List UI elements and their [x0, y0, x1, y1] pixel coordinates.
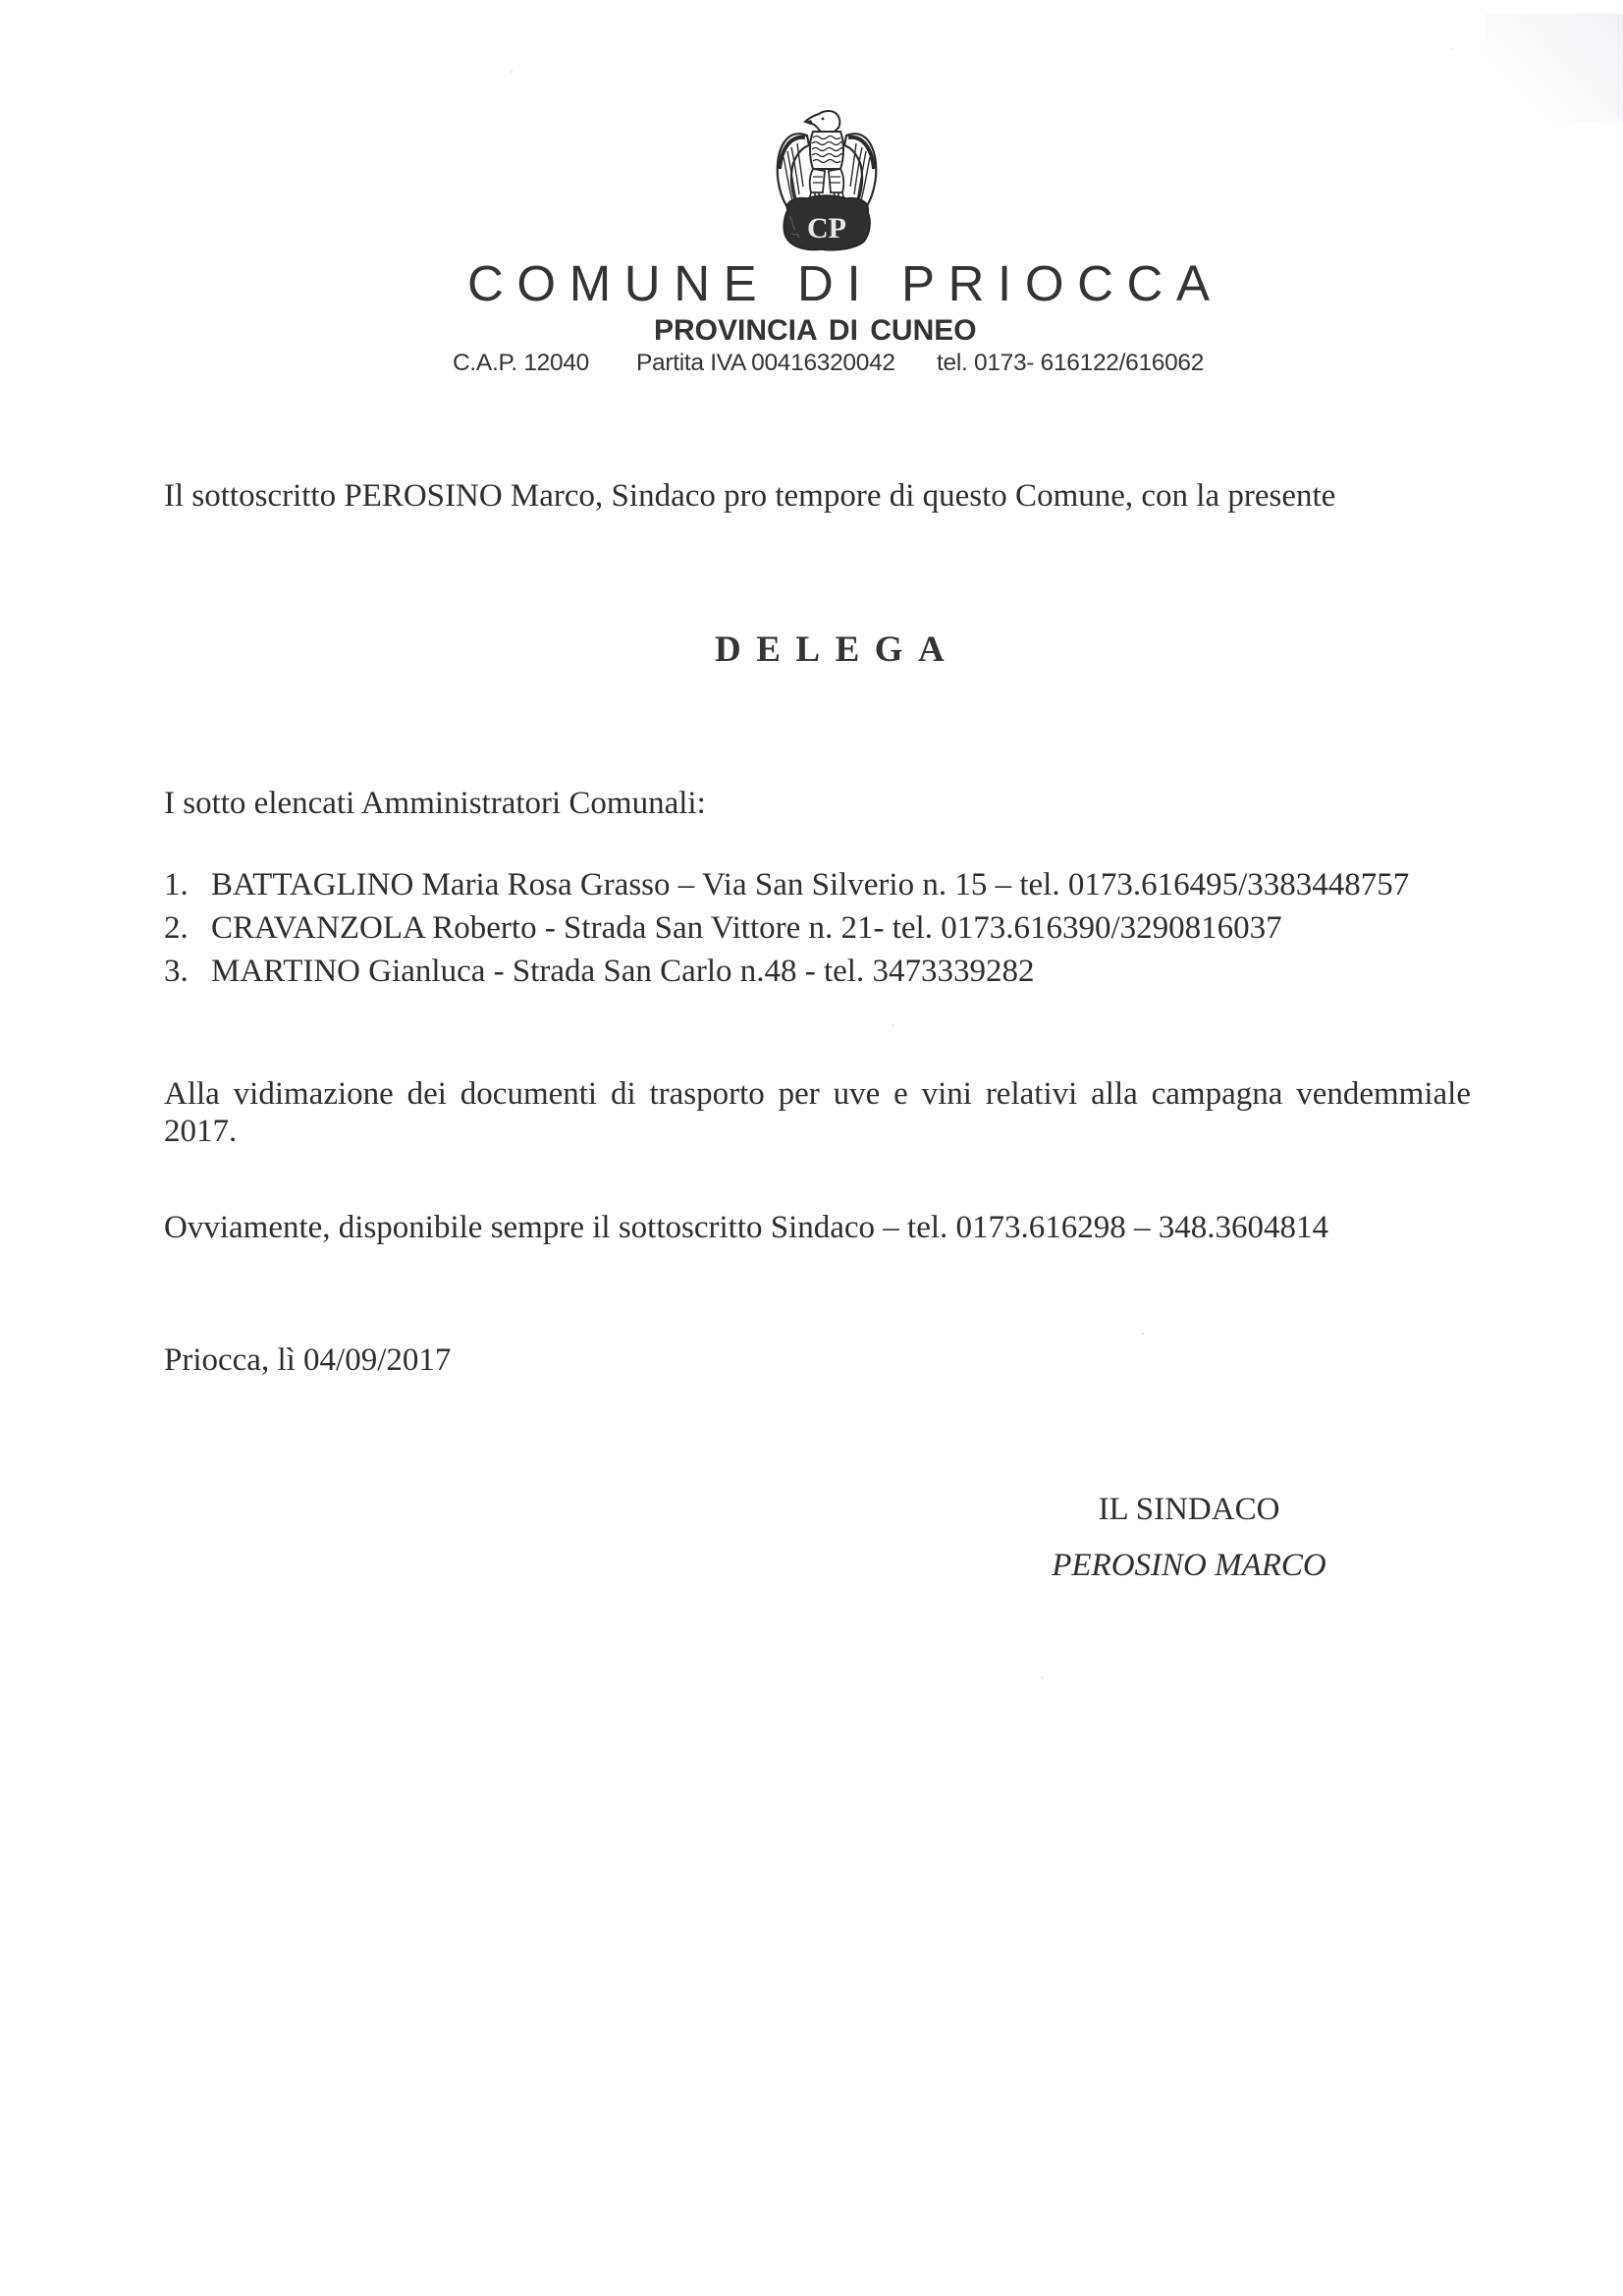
- administrators-lead: I sotto elencati Amministratori Comunali…: [164, 784, 706, 823]
- list-item-text: BATTAGLINO Maria Rosa Grasso – Via San S…: [211, 867, 1409, 902]
- scan-shadow: [1486, 14, 1623, 122]
- scan-speck: [1142, 1333, 1144, 1335]
- list-item-text: CRAVANZOLA Roberto - Strada San Vittore …: [211, 910, 1282, 946]
- eagle-crest-icon: CP: [774, 108, 880, 251]
- delega-heading: DELEGA: [715, 629, 959, 672]
- letterhead-telephone: tel. 0173- 616122/616062: [937, 349, 1204, 378]
- document-page: CP COMUNE DI PRIOCCA PROVINCIA DI CUNEO …: [0, 0, 1623, 2296]
- list-item: 2.CRAVANZOLA Roberto - Strada San Vittor…: [164, 908, 1282, 948]
- place-and-date: Priocca, lì 04/09/2017: [164, 1340, 451, 1380]
- scan-speck: [511, 71, 513, 73]
- mayor-contact: Ovviamente, disponibile sempre il sottos…: [164, 1208, 1328, 1247]
- scan-edge: [1617, 14, 1619, 117]
- list-item: 1.BATTAGLINO Maria Rosa Grasso – Via San…: [164, 865, 1409, 904]
- svg-text:CP: CP: [807, 212, 846, 245]
- vat-number: Partita IVA 00416320042: [636, 349, 895, 378]
- municipality-title: COMUNE DI PRIOCCA: [467, 254, 1223, 313]
- list-item-number: 1.: [164, 865, 211, 904]
- list-item-text: MARTINO Gianluca - Strada San Carlo n.48…: [211, 954, 1034, 989]
- signature-name: PEROSINO MARCO: [1041, 1546, 1337, 1585]
- list-item-number: 3.: [164, 952, 211, 991]
- scan-speck: [892, 1024, 893, 1026]
- purpose-paragraph: Alla vidimazione dei documenti di traspo…: [164, 1075, 1471, 1150]
- scan-speck: [1451, 48, 1453, 50]
- intro-paragraph: Il sottoscritto PEROSINO Marco, Sindaco …: [164, 476, 1335, 516]
- signature-role: IL SINDACO: [1041, 1490, 1337, 1546]
- scan-speck: [1041, 1677, 1043, 1679]
- postal-code: C.A.P. 12040: [453, 349, 589, 378]
- signature-block: IL SINDACO PEROSINO MARCO: [1041, 1490, 1337, 1585]
- list-item: 3.MARTINO Gianluca - Strada San Carlo n.…: [164, 952, 1034, 991]
- list-item-number: 2.: [164, 908, 211, 948]
- province-subtitle: PROVINCIA DI CUNEO: [654, 313, 977, 349]
